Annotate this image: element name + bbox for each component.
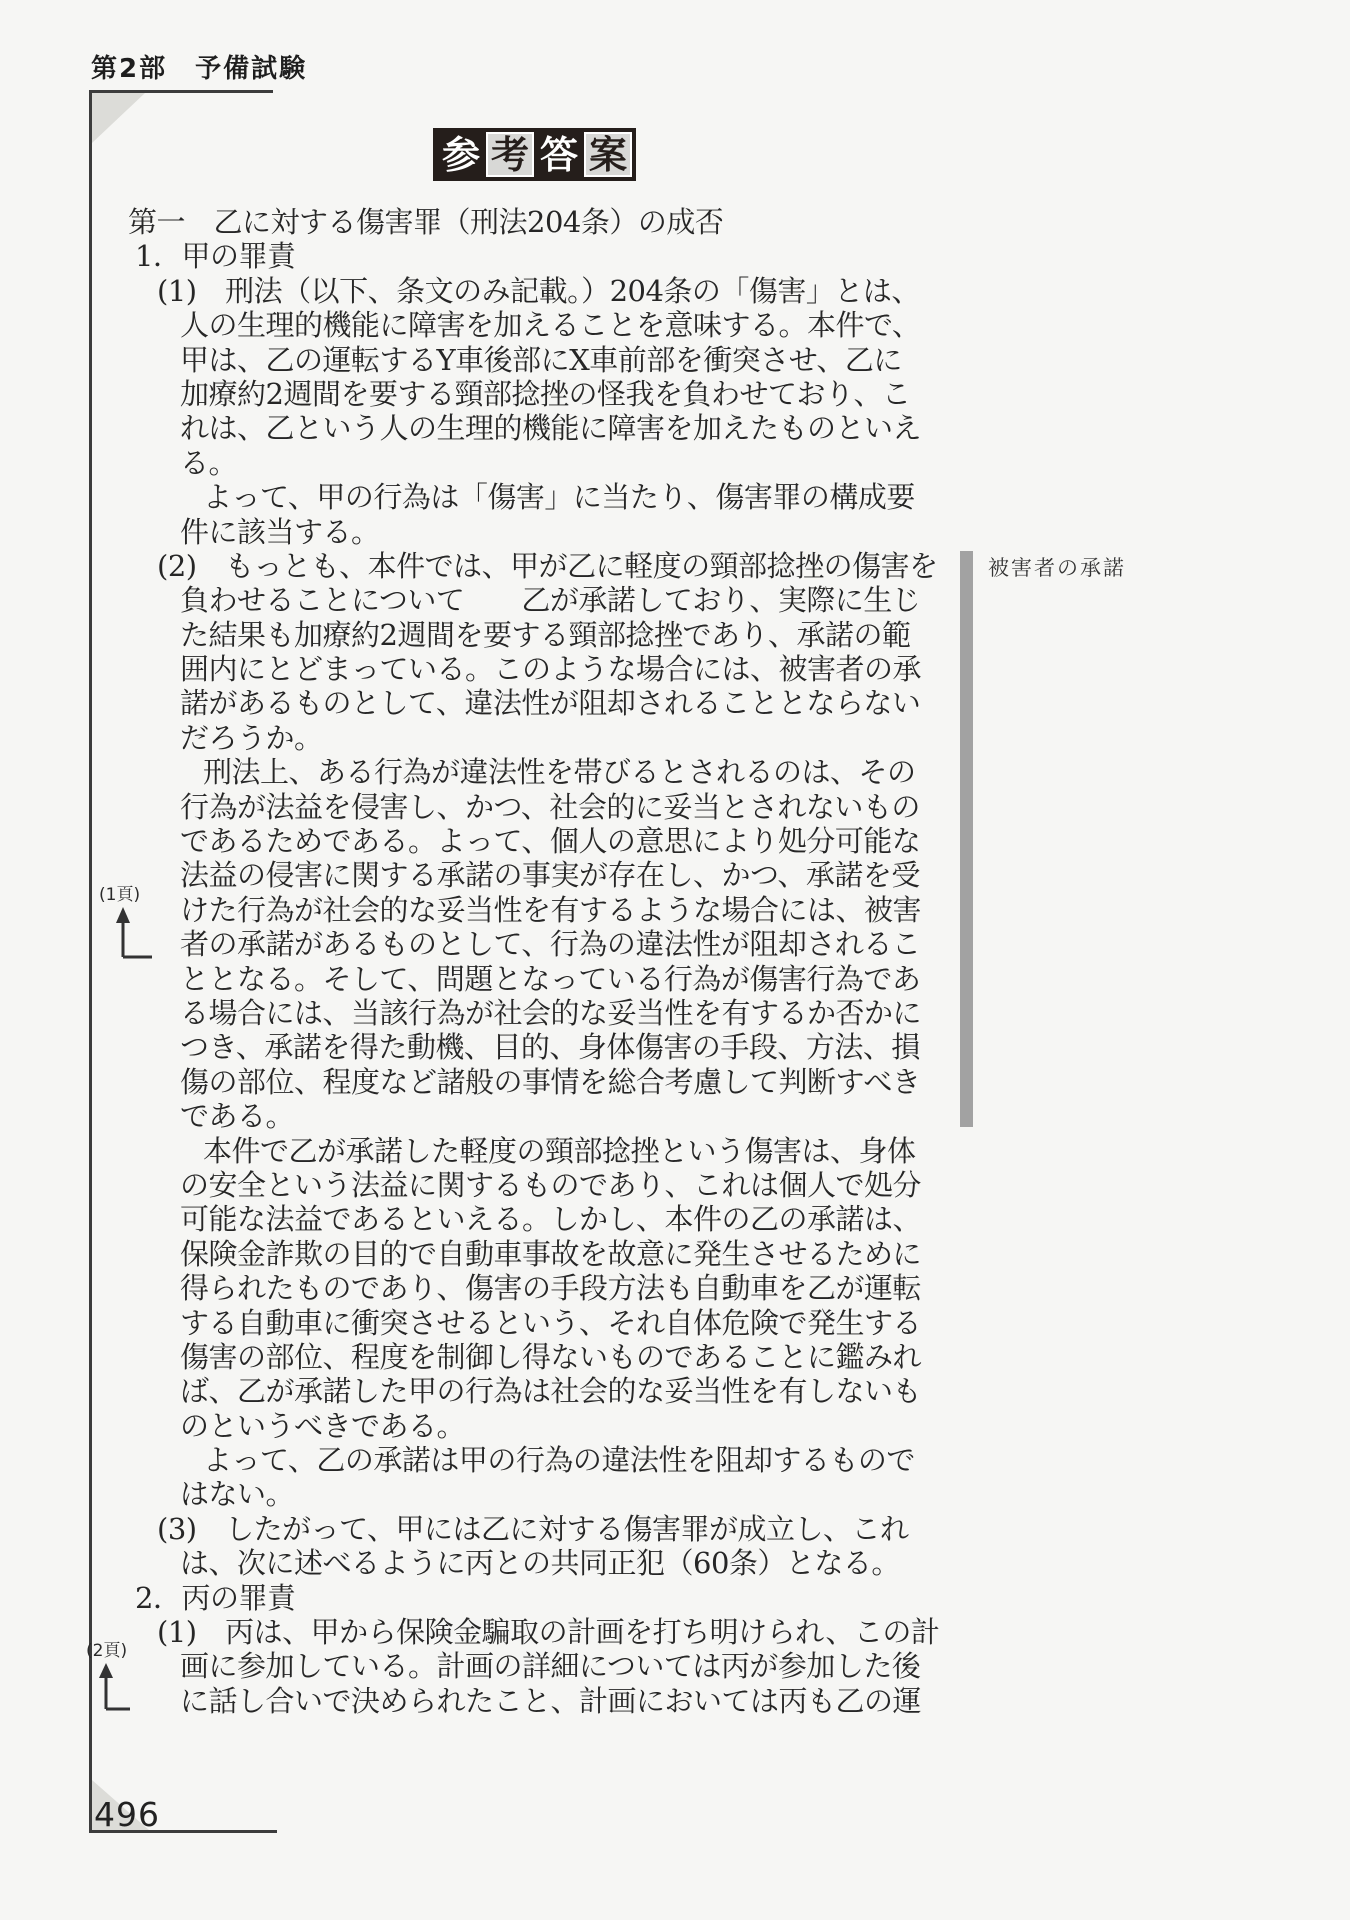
text-line: 1．甲の罪責 (135, 239, 940, 273)
badge-char-2: 考 (486, 132, 534, 177)
text-line: の安全という法益に関するものであり、これは個人で処分 (180, 1168, 940, 1202)
page-marker-1-label: (1頁) (99, 880, 140, 905)
text-line: 得られたものであり、傷害の手段方法も自動車を乙が運転 (180, 1271, 940, 1305)
text-line: は、次に述べるように丙との共同正犯（60条）となる。 (180, 1546, 940, 1580)
text-line: る場合には、当該行為が社会的な妥当性を有するか否かに (180, 996, 940, 1030)
page-marker-2-label: (2頁) (86, 1636, 127, 1661)
text-line: 人の生理的機能に障害を加えることを意味する。本件で、 (180, 308, 940, 342)
page-marker-arrow-icon (94, 1660, 134, 1714)
text-line: 第一 乙に対する傷害罪（刑法204条）の成否 (128, 205, 940, 239)
text-line: た結果も加療約2週間を要する頸部捻挫であり、承諾の範 (180, 618, 940, 652)
text-line: 行為が法益を侵害し、かつ、社会的に妥当とされないもの (180, 790, 940, 824)
text-line: 2．丙の罪責 (135, 1581, 940, 1615)
text-line: (1) 刑法（以下、条文のみ記載。）204条の「傷害」とは、 (157, 274, 940, 308)
text-line: よって、乙の承諾は甲の行為の違法性を阻却するもので (203, 1443, 940, 1477)
badge-char-3: 答 (535, 132, 583, 177)
text-line: 保険金詐欺の目的で自動車事故を故意に発生させるために (180, 1237, 940, 1271)
page-marker-arrow-icon (110, 903, 155, 963)
text-line: (3) したがって、甲には乙に対する傷害罪が成立し、これ (157, 1512, 940, 1546)
margin-highlight-bar (960, 551, 973, 1127)
text-line: 加療約2週間を要する頸部捻挫の怪我を負わせており、こ (180, 377, 940, 411)
text-line: よって、甲の行為は「傷害」に当たり、傷害罪の構成要 (203, 480, 940, 514)
text-line: 諾があるものとして、違法性が阻却されることとならない (180, 686, 940, 720)
margin-note: 被害者の承諾 (988, 552, 1126, 582)
text-line: ば、乙が承諾した甲の行為は社会的な妥当性を有しないも (180, 1374, 940, 1408)
text-line: 可能な法益であるといえる。しかし、本件の乙の承諾は、 (180, 1202, 940, 1236)
section-title-badge: 参 考 答 案 (433, 128, 636, 181)
text-line: 囲内にとどまっている。このような場合には、被害者の承 (180, 652, 940, 686)
text-line: (2) もっとも、本件では、甲が乙に軽度の頸部捻挫の傷害を (157, 549, 940, 583)
page-number: 496 (94, 1795, 160, 1834)
text-line: である。 (180, 1099, 940, 1133)
text-line: 本件で乙が承諾した軽度の頸部捻挫という傷害は、身体 (203, 1134, 940, 1168)
text-line: れは、乙という人の生理的機能に障害を加えたものといえ (180, 411, 940, 445)
text-line: 傷害の部位、程度を制御し得ないものであることに鑑みれ (180, 1340, 940, 1374)
badge-char-4: 案 (584, 132, 632, 177)
text-line: る。 (180, 446, 940, 480)
text-line: 件に該当する。 (180, 515, 940, 549)
text-line: に話し合いで決められたこと、計画においては丙も乙の運 (180, 1684, 940, 1718)
text-line: 刑法上、ある行為が違法性を帯びるとされるのは、その (203, 755, 940, 789)
text-line: 負わせることについて 乙が承諾しており、実際に生じ (180, 583, 940, 617)
text-line: 法益の侵害に関する承諾の事実が存在し、かつ、承諾を受 (180, 858, 940, 892)
running-header: 第2部 予備試験 (91, 48, 307, 85)
text-line: 画に参加している。計画の詳細については丙が参加した後 (180, 1649, 940, 1683)
text-line: 甲は、乙の運転するY車後部にX車前部を衝突させ、乙に (180, 343, 940, 377)
answer-body-text: 第一 乙に対する傷害罪（刑法204条）の成否1．甲の罪責(1) 刑法（以下、条文… (128, 205, 940, 1718)
text-line: する自動車に衝突させるという、それ自体危険で発生する (180, 1306, 940, 1340)
text-line: のというべきである。 (180, 1409, 940, 1443)
left-border-rule (89, 90, 92, 1833)
text-line: 者の承諾があるものとして、行為の違法性が阻却されるこ (180, 927, 940, 961)
text-line: 傷の部位、程度など諸般の事情を総合考慮して判断すべき (180, 1065, 940, 1099)
text-line: であるためである。よって、個人の意思により処分可能な (180, 824, 940, 858)
corner-triangle-top (92, 93, 145, 143)
text-line: はない。 (180, 1477, 940, 1511)
text-line: だろうか。 (180, 721, 940, 755)
text-line: けた行為が社会的な妥当性を有するような場合には、被害 (180, 893, 940, 927)
text-line: つき、承諾を得た動機、目的、身体傷害の手段、方法、損 (180, 1030, 940, 1064)
text-line: (1) 丙は、甲から保険金騙取の計画を打ち明けられ、この計 (157, 1615, 940, 1649)
text-line: ととなる。そして、問題となっている行為が傷害行為であ (180, 962, 940, 996)
badge-char-1: 参 (437, 132, 485, 177)
